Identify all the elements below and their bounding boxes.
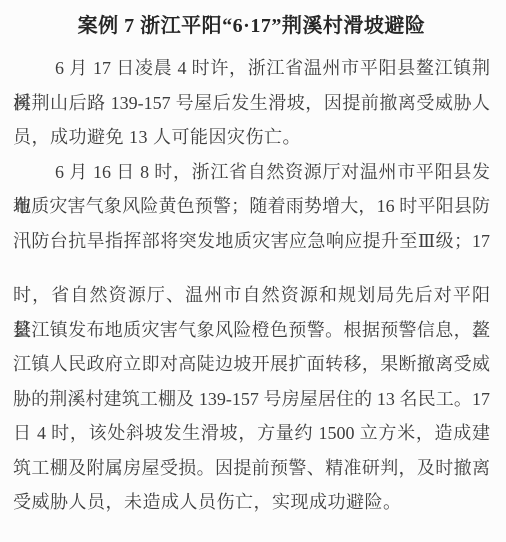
text-line: 受威胁人员，未造成人员伤亡，实现成功避险。 [13, 485, 490, 520]
text-line: 时，省自然资源厅、温州市自然资源和规划局先后对平阳县、 [13, 278, 490, 313]
document-page: 案例 7 浙江平阳“6·17”荆溪村滑坡避险 6 月 17 日凌晨 4 时许，浙… [0, 0, 506, 542]
text-line: 江镇人民政府立即对高陡边坡开展扩面转移，果断撤离受威 [13, 347, 490, 382]
text-line: 村荆山后路 139-157 号屋后发生滑坡，因提前撤离受威胁人 [13, 86, 490, 121]
text-line: 地质灾害气象风险黄色预警；随着雨势增大，16 时平阳县防 [13, 189, 490, 224]
text-line: 筑工棚及附属房屋受损。因提前预警、精准研判，及时撤离 [13, 451, 490, 486]
text-line: 汛防台抗旱指挥部将突发地质灾害应急响应提升至Ⅲ级；17 [13, 224, 490, 259]
text-line: 6 月 16 日 8 时，浙江省自然资源厅对温州市平阳县发布 [13, 155, 490, 190]
document-body: 6 月 17 日凌晨 4 时许，浙江省温州市平阳县鳌江镇荆溪 村荆山后路 139… [13, 51, 490, 520]
text-line: 日 4 时，该处斜坡发生滑坡，方量约 1500 立方米，造成建 [13, 416, 490, 451]
text-line: 6 月 17 日凌晨 4 时许，浙江省温州市平阳县鳌江镇荆溪 [13, 51, 490, 86]
text-line: 胁的荆溪村建筑工棚及 139-157 号房屋居住的 13 名民工。17 [13, 382, 490, 417]
text-line: 员，成功避免 13 人可能因灾伤亡。 [13, 120, 490, 155]
document-title: 案例 7 浙江平阳“6·17”荆溪村滑坡避险 [13, 10, 490, 42]
text-line: 鳌江镇发布地质灾害气象风险橙色预警。根据预警信息，鳌 [13, 313, 490, 348]
